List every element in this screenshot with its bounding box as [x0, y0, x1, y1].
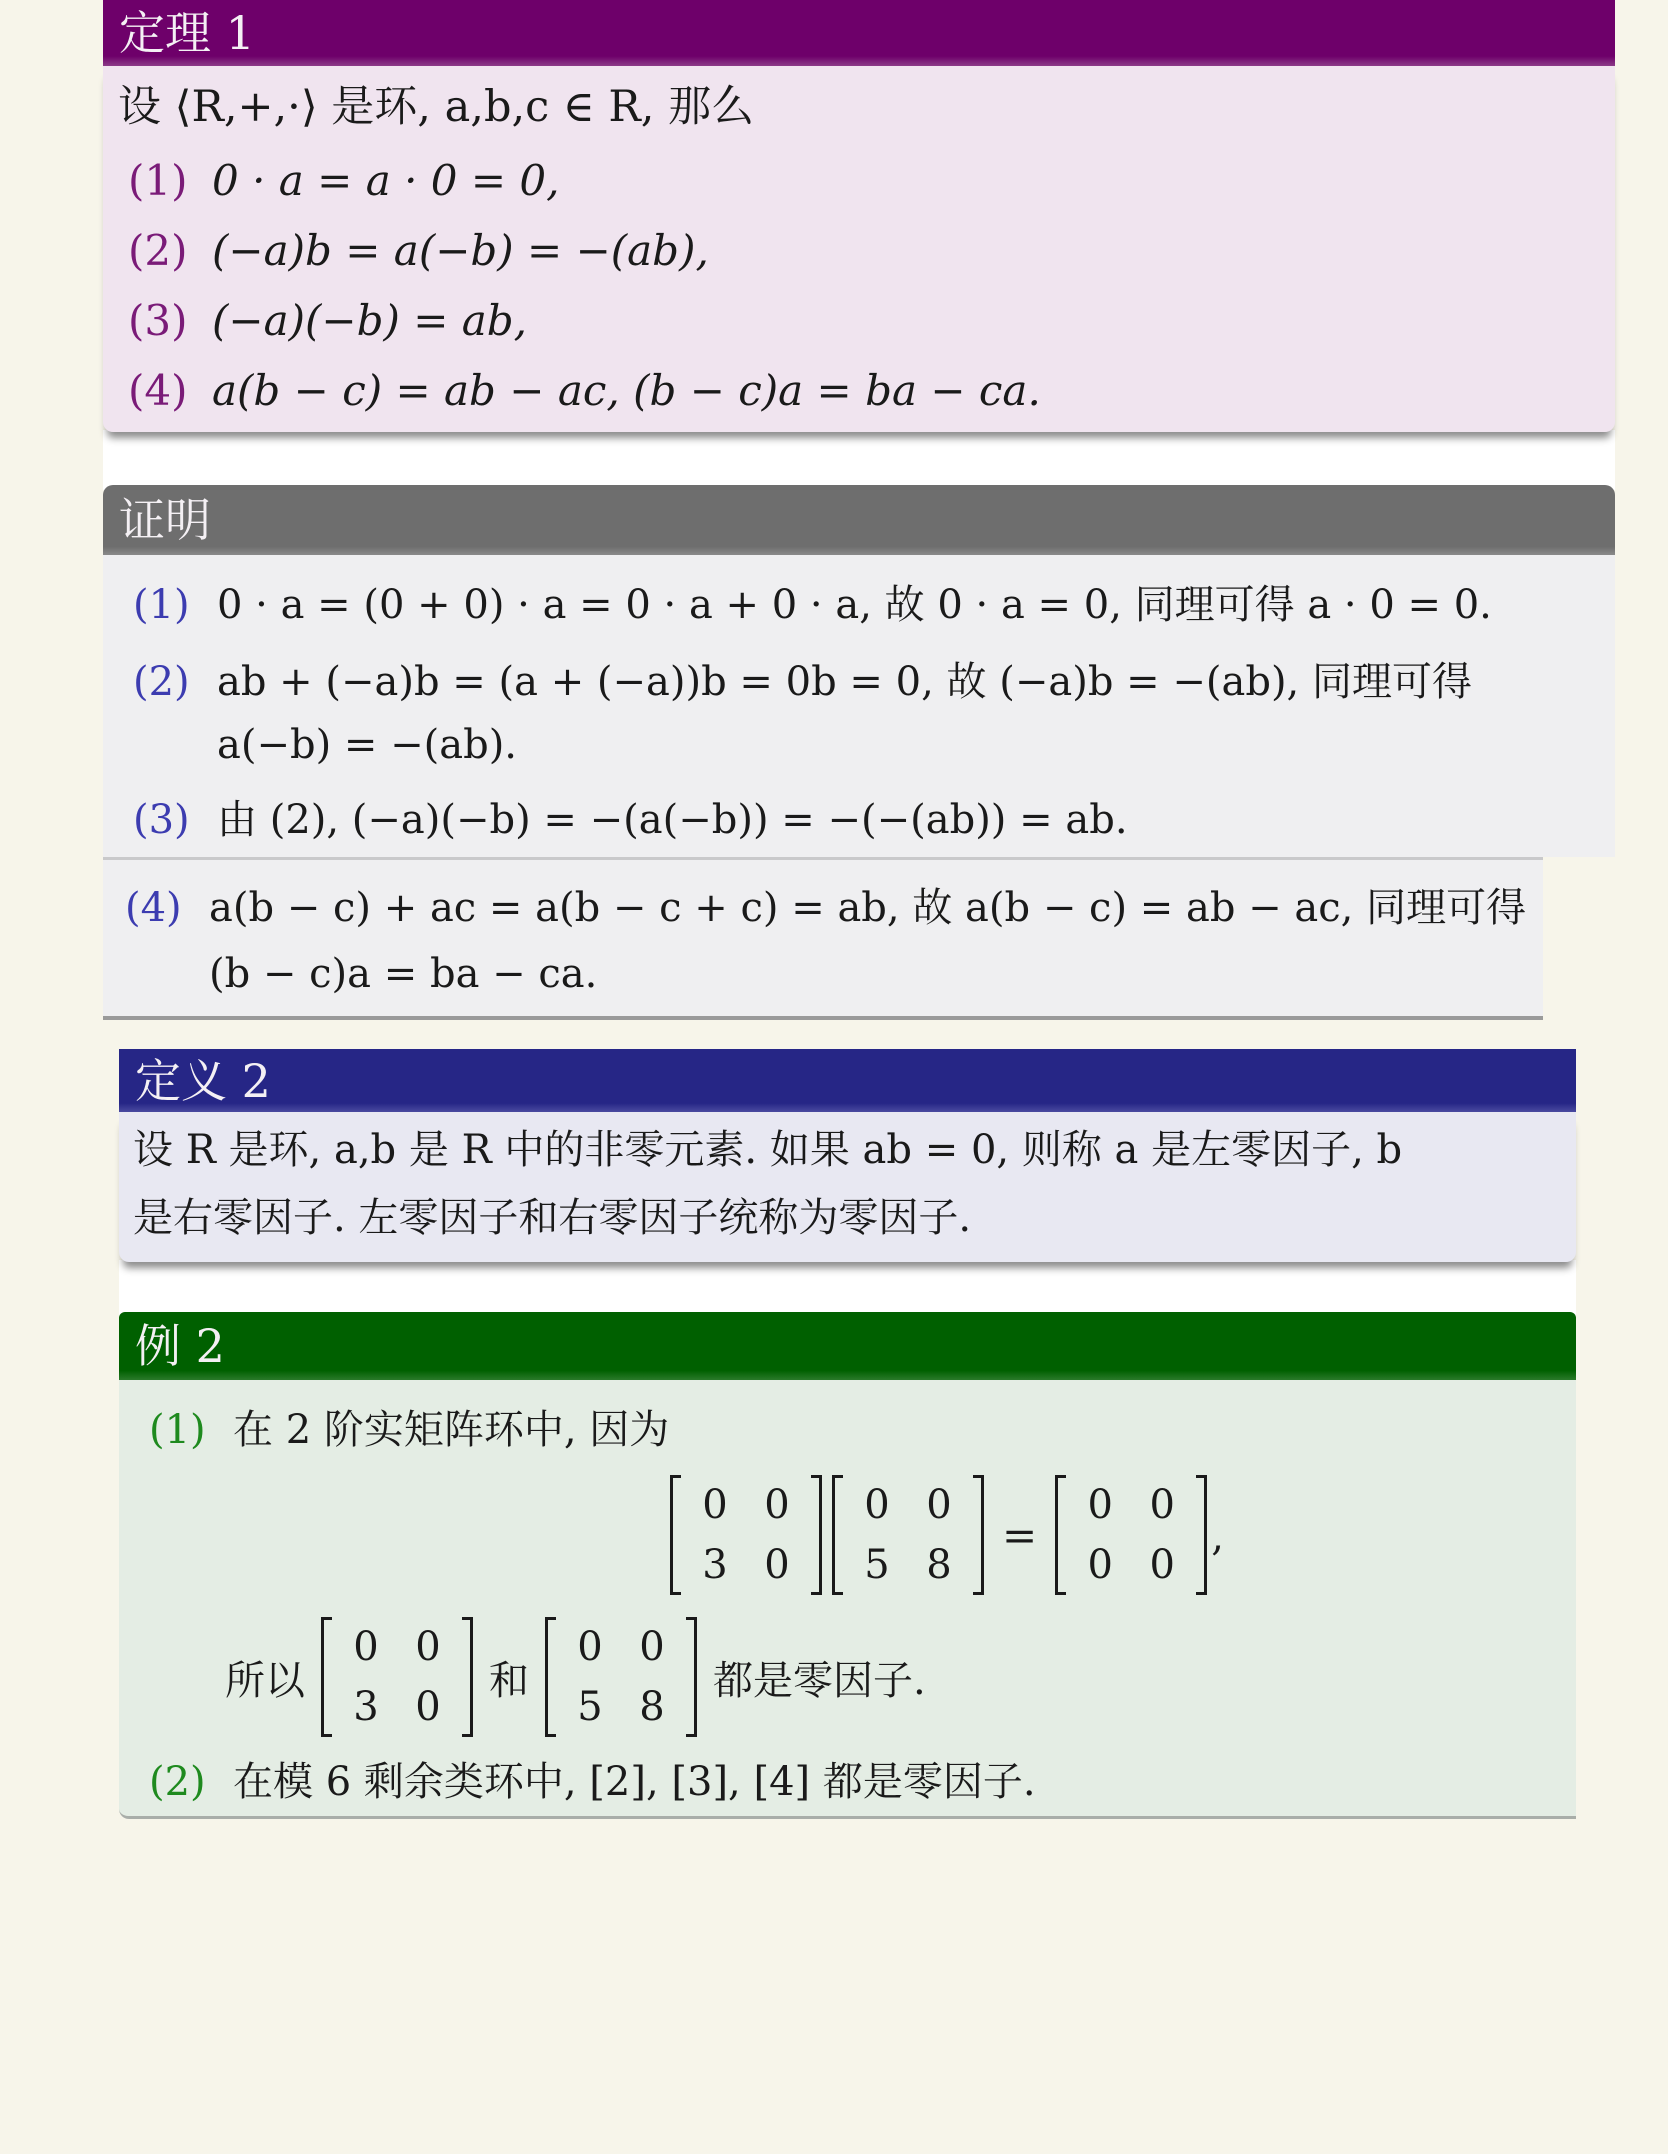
matrix-cell: 0 — [559, 1617, 621, 1677]
conclusion-suffix: 都是零因子. — [713, 1649, 926, 1706]
matrix-cell: 0 — [1069, 1475, 1131, 1535]
equation-comma: , — [1211, 1514, 1224, 1560]
matrix-cell: 0 — [684, 1475, 746, 1535]
matrix-cell: 0 — [397, 1677, 459, 1737]
example-item: (2)在模 6 剩余类环中, [2], [3], [4] 都是零因子. — [149, 1762, 1036, 1802]
item-number: (2) — [149, 1762, 233, 1802]
item-number: (2) — [128, 230, 212, 272]
item-text: (−a)b = a(−b) = −(ab), — [212, 226, 709, 275]
example-body: (1)在 2 阶实矩阵环中, 因为 00 30 00 58 = 00 00 , … — [119, 1380, 1576, 1819]
column-backing-top — [103, 430, 1615, 490]
item-number: (3) — [128, 300, 212, 342]
theorem-item: (1)0 · a = a · 0 = 0, — [128, 160, 559, 202]
proof-title: 证明 — [103, 485, 1615, 555]
matrix-b: 00 58 — [832, 1475, 984, 1595]
definition-line: 设 R 是环, a,b 是 R 中的非零元素. 如果 ab = 0, 则称 a … — [133, 1130, 1402, 1170]
equals-sign: = — [994, 1511, 1045, 1560]
matrix-a: 00 30 — [670, 1475, 822, 1595]
item-number: (4) — [128, 370, 212, 412]
proof-item-continuation: a(−b) = −(ab). — [217, 725, 517, 765]
theorem-item: (2)(−a)b = a(−b) = −(ab), — [128, 230, 709, 272]
proof-body: (1)0 · a = (0 + 0) · a = 0 · a + 0 · a, … — [103, 555, 1615, 857]
proof-body-continued: (4)a(b − c) + ac = a(b − c + c) = ab, 故 … — [103, 857, 1543, 1020]
item-text: (−a)(−b) = ab, — [212, 296, 527, 345]
matrix-cell: 5 — [559, 1677, 621, 1737]
example-title: 例 2 — [119, 1312, 1576, 1380]
column-backing-def — [119, 1260, 1576, 1316]
matrix-cell: 0 — [397, 1617, 459, 1677]
conclusion-prefix: 所以 — [225, 1649, 305, 1706]
item-text: 0 · a = a · 0 = 0, — [212, 156, 559, 205]
conclusion-and: 和 — [489, 1649, 529, 1706]
theorem-intro: 设 ⟨R,+,·⟩ 是环, a,b,c ∈ R, 那么 — [118, 86, 754, 129]
item-text: ab + (−a)b = (a + (−a))b = 0b = 0, 故 (−a… — [217, 659, 1472, 705]
theorem-item: (3)(−a)(−b) = ab, — [128, 300, 527, 342]
matrix-cell: 0 — [746, 1535, 808, 1595]
item-number: (4) — [125, 888, 209, 928]
item-number: (1) — [149, 1410, 233, 1450]
item-number: (2) — [133, 662, 217, 702]
matrix-cell: 0 — [746, 1475, 808, 1535]
definition-title: 定义 2 — [119, 1049, 1576, 1112]
item-text: 由 (2), (−a)(−b) = −(a(−b)) = −(−(ab)) = … — [217, 797, 1128, 843]
matrix-cell: 0 — [621, 1617, 683, 1677]
matrix-cell: 5 — [846, 1535, 908, 1595]
definition-body: 设 R 是环, a,b 是 R 中的非零元素. 如果 ab = 0, 则称 a … — [119, 1112, 1576, 1262]
matrix-cell: 8 — [621, 1677, 683, 1737]
matrix-a-repeat: 00 30 — [321, 1617, 473, 1737]
matrix-equation: 00 30 00 58 = 00 00 , — [670, 1470, 1224, 1600]
matrix-cell: 0 — [908, 1475, 970, 1535]
item-text: a(b − c) + ac = a(b − c + c) = ab, 故 a(b… — [209, 885, 1526, 931]
matrix-c: 00 00 — [1055, 1475, 1207, 1595]
item-text: 在模 6 剩余类环中, [2], [3], [4] 都是零因子. — [233, 1759, 1036, 1805]
proof-item-continuation: (b − c)a = ba − ca. — [209, 954, 597, 994]
example-item: (1)在 2 阶实矩阵环中, 因为 — [149, 1410, 669, 1450]
item-number: (1) — [128, 160, 212, 202]
matrix-cell: 0 — [1131, 1475, 1193, 1535]
proof-item: (1)0 · a = (0 + 0) · a = 0 · a + 0 · a, … — [133, 585, 1492, 625]
item-number: (1) — [133, 585, 217, 625]
theorem-body: 设 ⟨R,+,·⟩ 是环, a,b,c ∈ R, 那么 (1)0 · a = a… — [103, 66, 1615, 432]
matrix-cell: 0 — [335, 1617, 397, 1677]
item-text: 0 · a = (0 + 0) · a = 0 · a + 0 · a, 故 0… — [217, 582, 1492, 628]
item-number: (3) — [133, 800, 217, 840]
example-conclusion: 所以 00 30 和 00 58 都是零因子. — [225, 1612, 926, 1742]
definition-line: 是右零因子. 左零因子和右零因子统称为零因子. — [133, 1198, 971, 1238]
matrix-cell: 3 — [335, 1677, 397, 1737]
proof-item: (2)ab + (−a)b = (a + (−a))b = 0b = 0, 故 … — [133, 662, 1472, 702]
proof-item: (4)a(b − c) + ac = a(b − c + c) = ab, 故 … — [125, 888, 1526, 928]
item-text: a(b − c) = ab − ac, (b − c)a = ba − ca. — [212, 366, 1041, 415]
matrix-cell: 0 — [1069, 1535, 1131, 1595]
theorem-title: 定理 1 — [103, 0, 1615, 66]
matrix-cell: 3 — [684, 1535, 746, 1595]
matrix-cell: 0 — [846, 1475, 908, 1535]
item-text: 在 2 阶实矩阵环中, 因为 — [233, 1407, 669, 1453]
proof-item: (3)由 (2), (−a)(−b) = −(a(−b)) = −(−(ab))… — [133, 800, 1128, 840]
matrix-cell: 8 — [908, 1535, 970, 1595]
matrix-cell: 0 — [1131, 1535, 1193, 1595]
theorem-item: (4)a(b − c) = ab − ac, (b − c)a = ba − c… — [128, 370, 1041, 412]
matrix-b-repeat: 00 58 — [545, 1617, 697, 1737]
